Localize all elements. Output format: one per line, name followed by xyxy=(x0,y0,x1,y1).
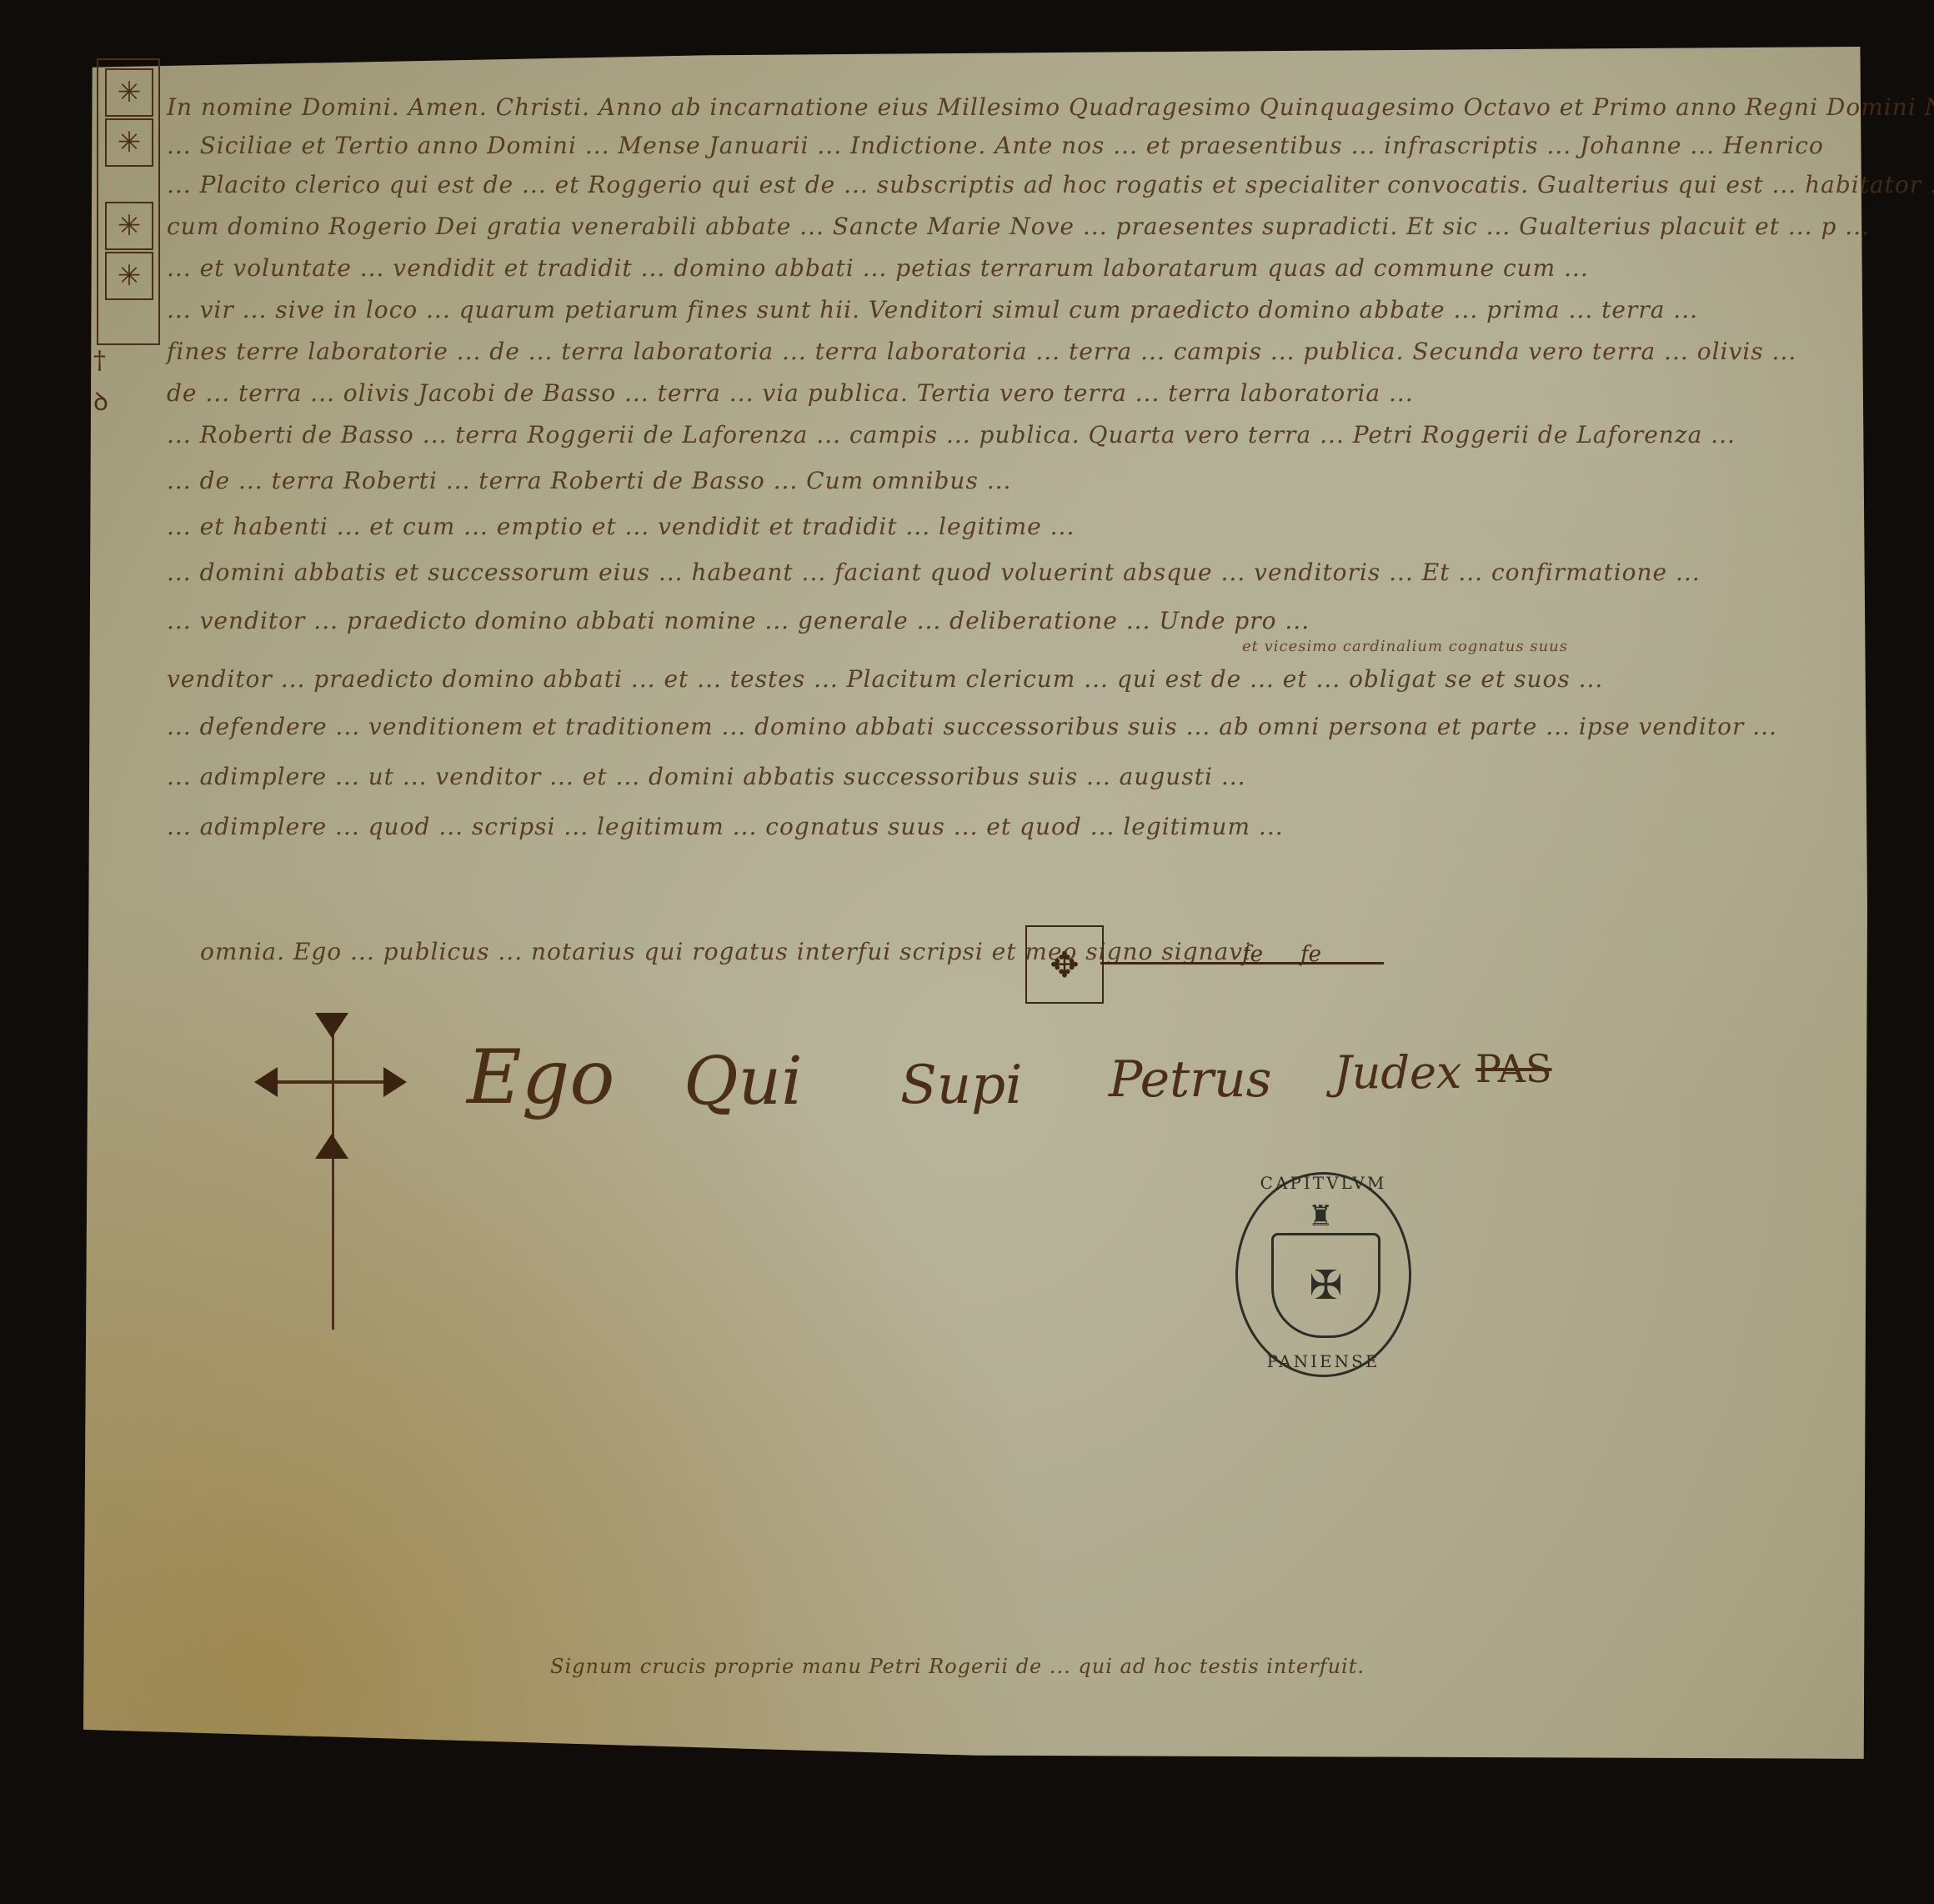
text-line-15: ... defendere ... venditionem et traditi… xyxy=(167,713,1777,740)
rosette-icon: ✳ xyxy=(105,252,153,300)
seal-inscription-top: CAPITVLVM xyxy=(1238,1173,1409,1193)
notary-mark-1: fe xyxy=(1242,942,1263,967)
cross-terminal-icon xyxy=(383,1067,407,1097)
cross-terminal-icon xyxy=(315,1134,348,1159)
signature-judex: Judex xyxy=(1334,1046,1461,1099)
text-line-16: ... adimplere ... ut ... venditor ... et… xyxy=(167,763,1246,790)
text-line-9: ... Roberti de Basso ... terra Roggerii … xyxy=(167,421,1736,448)
text-line-8: de ... terra ... olivis Jacobi de Basso … xyxy=(167,379,1414,407)
rosette-icon: ✳ xyxy=(105,68,153,117)
rosette-icon: ✳ xyxy=(105,118,153,167)
signature-petrus: Petrus xyxy=(1109,1050,1271,1109)
signature-pas-mark: PAS xyxy=(1476,1046,1551,1091)
text-line-17: ... adimplere ... quod ... scripsi ... l… xyxy=(167,813,1284,840)
witness-line: Signum crucis proprie manu Petri Rogerii… xyxy=(550,1655,1365,1678)
cross-terminal-icon xyxy=(254,1067,278,1097)
interlinear-note: et vicesimo cardinalium cognatus suus xyxy=(1242,638,1568,655)
cross-terminal-icon xyxy=(315,1013,348,1038)
text-line-7: fines terre laboratorie ... de ... terra… xyxy=(167,338,1796,365)
chapter-seal-stamp: CAPITVLVM ♜ ✠ PANIENSE xyxy=(1235,1172,1411,1377)
margin-cross-mark: † xyxy=(93,346,106,375)
text-line-4: cum domino Rogerio Dei gratia venerabili… xyxy=(167,213,1870,240)
text-line-14: venditor ... praedicto domino abbati ...… xyxy=(167,665,1603,693)
text-line-6: ... vir ... sive in loco ... quarum peti… xyxy=(167,296,1698,323)
text-line-3: ... Placito clerico qui est de ... et Ro… xyxy=(167,171,1934,198)
text-line-2: ... Siciliae et Tertio anno Domini ... M… xyxy=(167,132,1824,159)
signum-crucis-vertical xyxy=(332,1013,334,1330)
seal-inscription-bottom: PANIENSE xyxy=(1238,1351,1409,1371)
rosette-icon: ✳ xyxy=(105,202,153,250)
text-line-11: ... et habenti ... et cum ... emptio et … xyxy=(167,513,1075,540)
signature-ego: Ego xyxy=(467,1034,615,1121)
signature-qui: Qui xyxy=(684,1042,803,1120)
signature-supi: Supi xyxy=(900,1055,1023,1116)
text-line-12: ... domini abbatis et successorum eius .… xyxy=(167,559,1701,586)
notarial-sign-icon: ✥ xyxy=(1025,925,1104,1004)
notary-mark-2: fe xyxy=(1300,942,1321,967)
margin-loop-mark: ꝺ xyxy=(93,383,108,418)
text-line-1: In nomine Domini. Amen. Christi. Anno ab… xyxy=(167,93,1934,121)
signum-crucis-horizontal xyxy=(258,1080,400,1084)
text-line-10: ... de ... terra Roberti ... terra Rober… xyxy=(167,467,1011,494)
text-line-5: ... et voluntate ... vendidit et tradidi… xyxy=(167,254,1589,282)
text-line-13: ... venditor ... praedicto domino abbati… xyxy=(167,607,1310,634)
marginal-ornament: ✳ ✳ ✳ ✳ xyxy=(97,58,160,345)
mitre-icon: ♜ xyxy=(1308,1200,1333,1233)
shield-madonna-icon: ✠ xyxy=(1271,1233,1380,1338)
